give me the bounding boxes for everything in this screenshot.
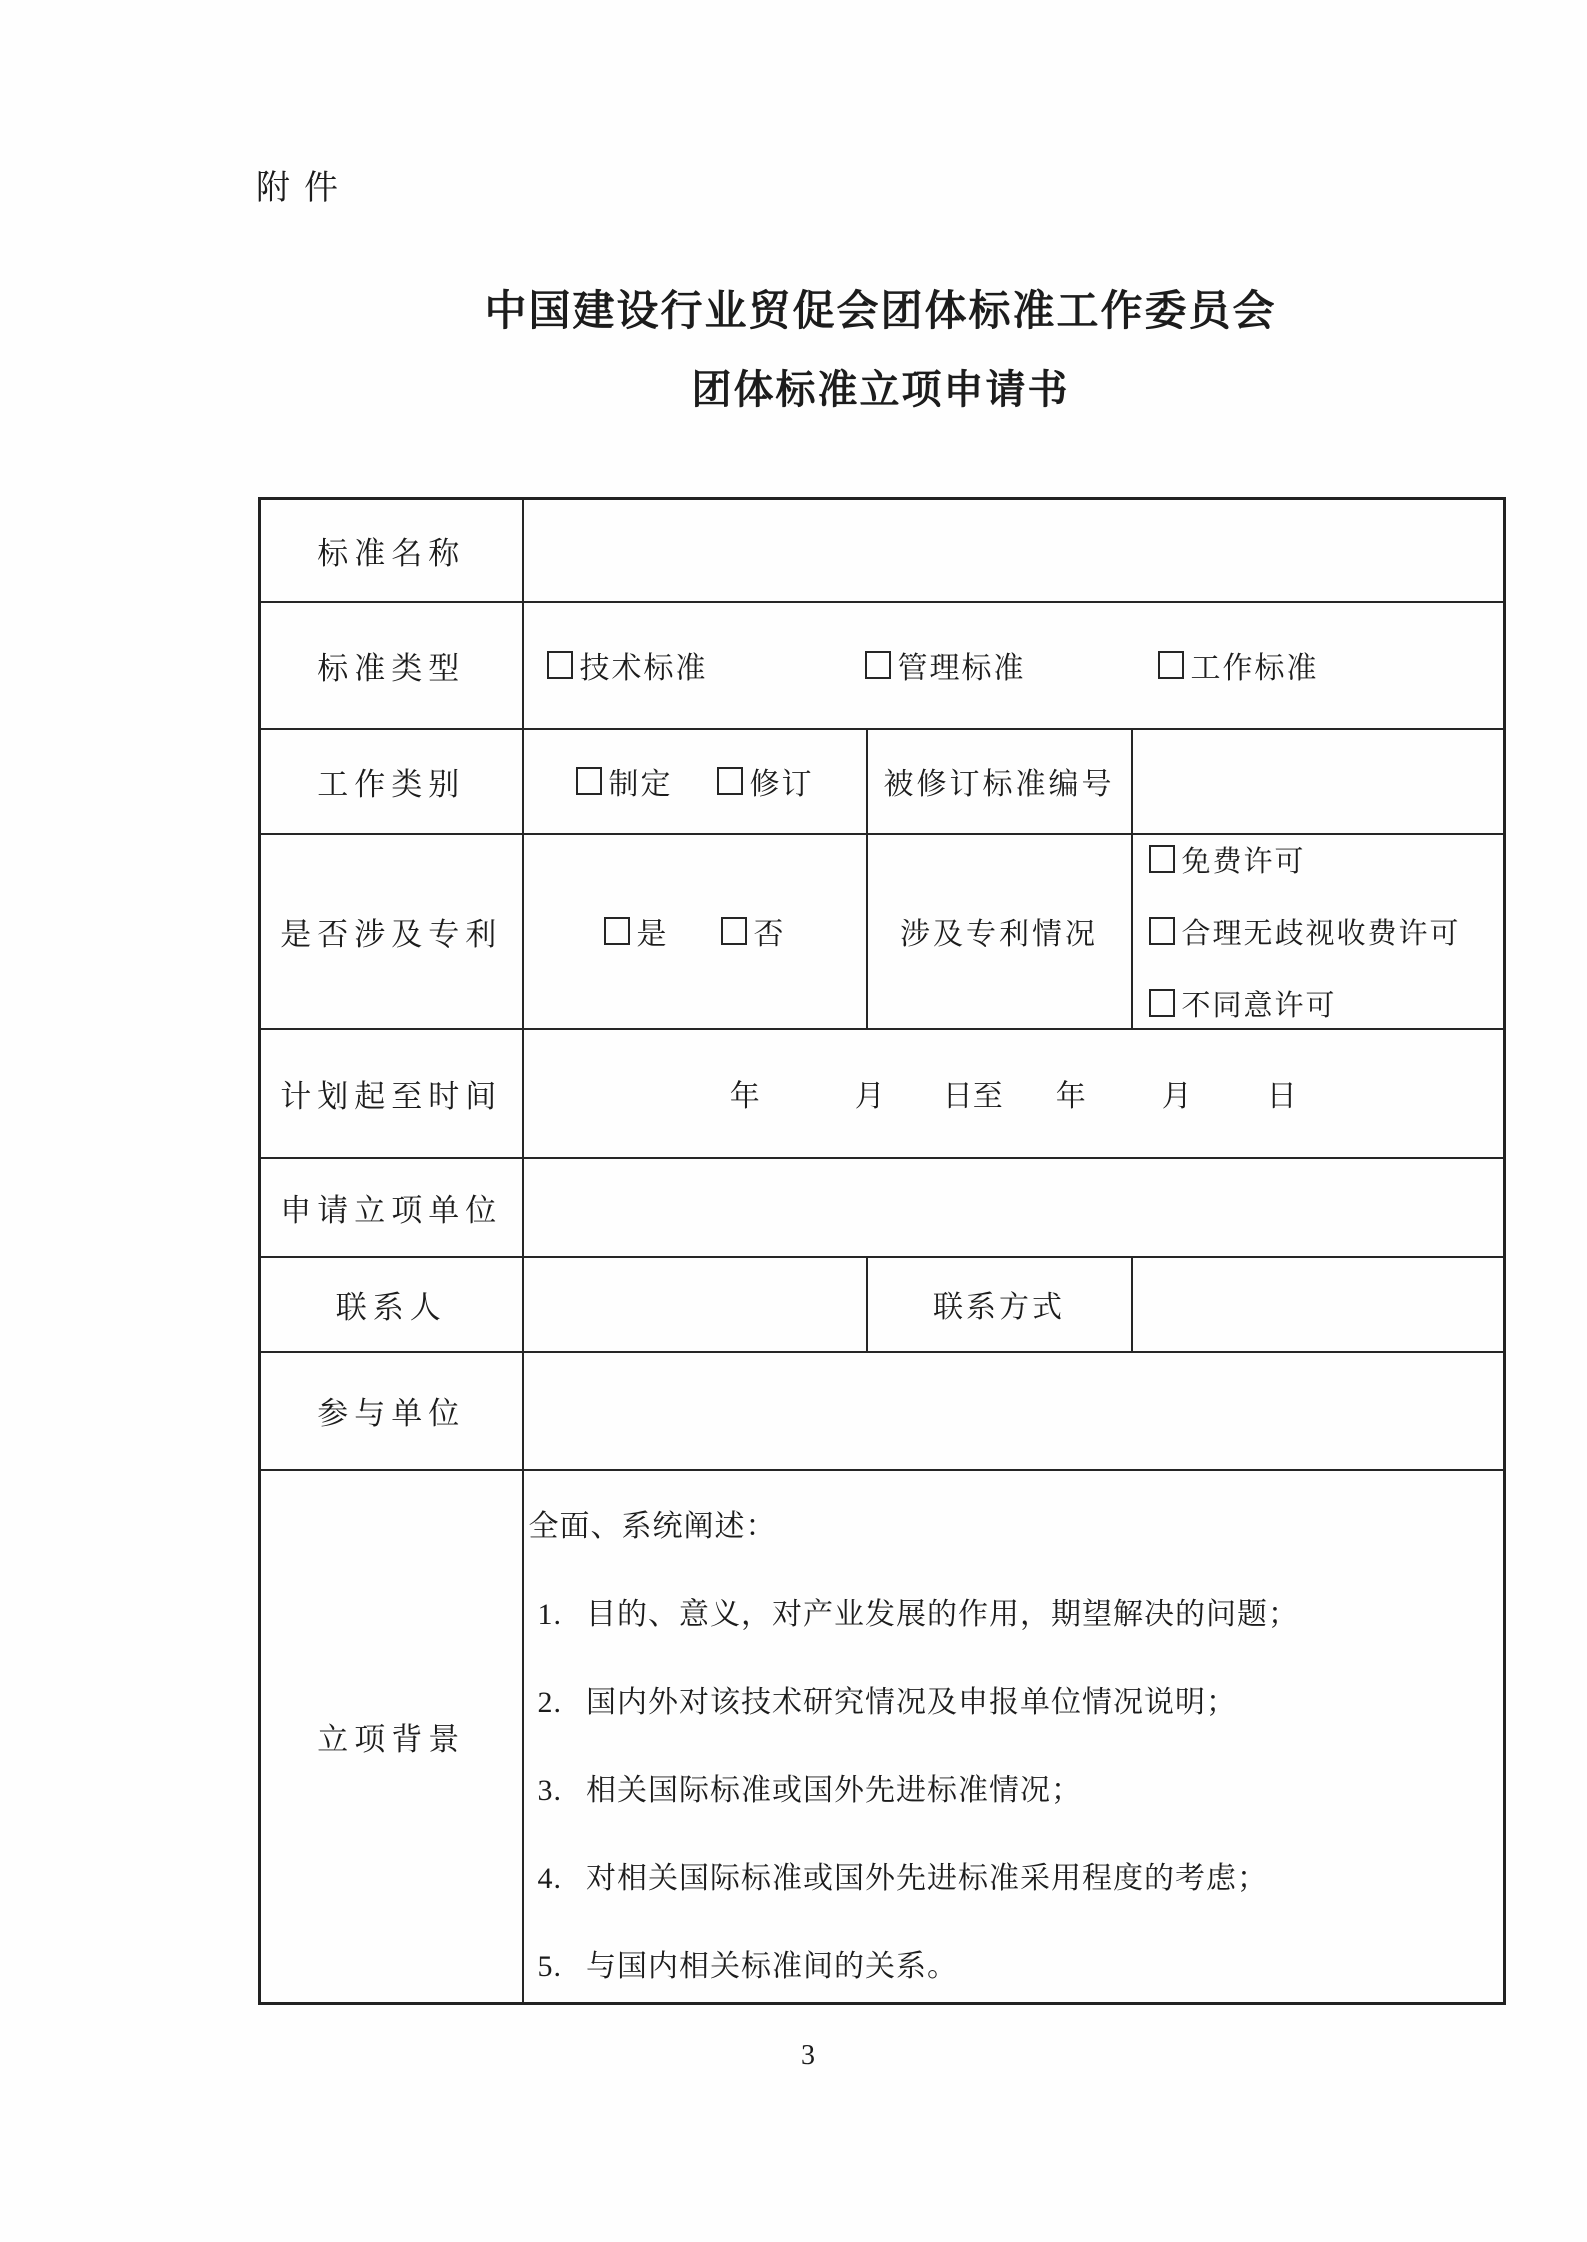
item-text: 国内外对该技术研究情况及申报单位情况说明； — [586, 1685, 1237, 1721]
contact-method-label: 联系方式 — [867, 1257, 1132, 1352]
option-label: 免费许可 — [1182, 839, 1306, 880]
patent-involved-label: 是否涉及专利 — [260, 834, 523, 1029]
option-label: 制定 — [609, 759, 673, 803]
option-label: 是 — [637, 909, 669, 953]
contact-method-input-cell[interactable] — [1132, 1257, 1505, 1352]
page-number: 3 — [258, 2040, 1358, 2072]
row-contact: 联系人 联系方式 — [260, 1257, 1505, 1352]
standard-name-label: 标准名称 — [260, 499, 523, 602]
schedule-label: 计划起至时间 — [260, 1029, 523, 1158]
option-label: 管理标准 — [898, 643, 1026, 687]
contact-person-label: 联系人 — [260, 1257, 523, 1352]
checkbox-icon[interactable] — [1149, 845, 1175, 873]
date-unit-day: 日 — [1267, 1071, 1297, 1115]
row-standard-type: 标准类型 技术标准管理标准工作标准 — [260, 602, 1505, 729]
date-unit-year: 年 — [730, 1071, 760, 1115]
date-unit-year: 年 — [1056, 1071, 1086, 1115]
patent-situation-label: 涉及专利情况 — [867, 834, 1132, 1029]
option-patent-yes[interactable]: 是 — [604, 909, 669, 953]
date-unit-day-to: 日至 — [943, 1071, 1003, 1115]
checkbox-icon[interactable] — [721, 917, 747, 945]
row-schedule: 计划起至时间 年 月 日至 年 月 日 — [260, 1029, 1505, 1158]
item-text: 对相关国际标准或国外先进标准采用程度的考虑； — [586, 1861, 1268, 1897]
background-item-4: 4. 对相关国际标准或国外先进标准采用程度的考虑； — [529, 1861, 1480, 1897]
checkbox-icon[interactable] — [604, 917, 630, 945]
checkbox-icon[interactable] — [1158, 651, 1184, 679]
participant-units-input-cell[interactable] — [523, 1352, 1505, 1470]
option-patent-no[interactable]: 否 — [721, 909, 786, 953]
option-draft[interactable]: 制定 — [576, 759, 673, 803]
item-number: 1. — [538, 1597, 563, 1633]
date-unit-month: 月 — [1162, 1071, 1192, 1115]
background-item-2: 2. 国内外对该技术研究情况及申报单位情况说明； — [529, 1685, 1480, 1721]
item-text: 目的、意义，对产业发展的作用，期望解决的问题； — [586, 1597, 1299, 1633]
item-number: 4. — [538, 1861, 563, 1897]
standard-type-label: 标准类型 — [260, 602, 523, 729]
row-work-category: 工作类别 制定 修订 被修订标准编号 — [260, 729, 1505, 834]
revised-standard-number-label: 被修订标准编号 — [867, 729, 1132, 834]
application-form-table: 标准名称 标准类型 技术标准管理标准工作标准 工作类别 制定 修订 被修订标准编… — [258, 497, 1506, 2005]
checkbox-icon[interactable] — [576, 767, 602, 795]
item-text: 相关国际标准或国外先进标准情况； — [586, 1773, 1082, 1809]
row-background: 立项背景 全面、系统阐述： 1. 目的、意义，对产业发展的作用，期望解决的问题；… — [260, 1470, 1505, 2004]
checkbox-icon[interactable] — [1149, 989, 1175, 1017]
row-patent: 是否涉及专利 是 否 涉及专利情况 免费许可 合理无歧视收费许可 不同意许可 — [260, 834, 1505, 1029]
option-rand-license[interactable]: 合理无歧视收费许可 — [1149, 911, 1504, 952]
checkbox-icon[interactable] — [547, 651, 573, 679]
work-category-label: 工作类别 — [260, 729, 523, 834]
background-intro-text: 全面、系统阐述： — [529, 1509, 1480, 1545]
option-revise[interactable]: 修订 — [717, 759, 814, 803]
project-background-content-cell[interactable]: 全面、系统阐述： 1. 目的、意义，对产业发展的作用，期望解决的问题； 2. 国… — [523, 1470, 1505, 2004]
work-category-options-cell: 制定 修订 — [523, 729, 867, 834]
option-no-license[interactable]: 不同意许可 — [1149, 983, 1504, 1024]
participant-units-label: 参与单位 — [260, 1352, 523, 1470]
applicant-unit-label: 申请立项单位 — [260, 1158, 523, 1257]
checkbox-icon[interactable] — [865, 651, 891, 679]
item-text: 与国内相关标准间的关系。 — [586, 1949, 958, 1985]
option-label: 工作标准 — [1191, 643, 1319, 687]
standard-type-options-cell: 技术标准管理标准工作标准 — [523, 602, 1505, 729]
scanned-document-page: 附件 中国建设行业贸促会团体标准工作委员会 团体标准立项申请书 标准名称 标准类… — [0, 0, 1587, 2242]
option-free-license[interactable]: 免费许可 — [1149, 839, 1504, 880]
row-standard-name: 标准名称 — [260, 499, 1505, 602]
project-background-label: 立项背景 — [260, 1470, 523, 2004]
document-title-line1: 中国建设行业贸促会团体标准工作委员会 — [258, 278, 1503, 338]
date-unit-month: 月 — [855, 1071, 885, 1115]
attachment-label: 附件 — [256, 160, 352, 209]
background-item-3: 3. 相关国际标准或国外先进标准情况； — [529, 1773, 1480, 1809]
item-number: 5. — [538, 1949, 563, 1985]
applicant-unit-input-cell[interactable] — [523, 1158, 1505, 1257]
schedule-date-cell[interactable]: 年 月 日至 年 月 日 — [523, 1029, 1505, 1158]
checkbox-icon[interactable] — [717, 767, 743, 795]
item-number: 3. — [538, 1773, 563, 1809]
option-label: 技术标准 — [580, 643, 708, 687]
revised-standard-number-input-cell[interactable] — [1132, 729, 1505, 834]
patent-yes-no-cell: 是 否 — [523, 834, 867, 1029]
contact-person-input-cell[interactable] — [523, 1257, 867, 1352]
option-label: 修订 — [750, 759, 814, 803]
patent-license-options-cell: 免费许可 合理无歧视收费许可 不同意许可 — [1132, 834, 1505, 1029]
document-title-line2: 团体标准立项申请书 — [258, 358, 1503, 415]
option-label: 合理无歧视收费许可 — [1182, 911, 1461, 952]
standard-name-input-cell[interactable] — [523, 499, 1505, 602]
option-management-standard[interactable]: 管理标准 — [865, 643, 1026, 687]
item-number: 2. — [538, 1685, 563, 1721]
row-participants: 参与单位 — [260, 1352, 1505, 1470]
option-technical-standard[interactable]: 技术标准 — [547, 643, 708, 687]
row-applicant: 申请立项单位 — [260, 1158, 1505, 1257]
checkbox-icon[interactable] — [1149, 917, 1175, 945]
background-item-1: 1. 目的、意义，对产业发展的作用，期望解决的问题； — [529, 1597, 1480, 1633]
option-label: 不同意许可 — [1182, 983, 1337, 1024]
option-work-standard[interactable]: 工作标准 — [1158, 643, 1319, 687]
option-label: 否 — [754, 909, 786, 953]
background-item-5: 5. 与国内相关标准间的关系。 — [529, 1949, 1480, 1985]
